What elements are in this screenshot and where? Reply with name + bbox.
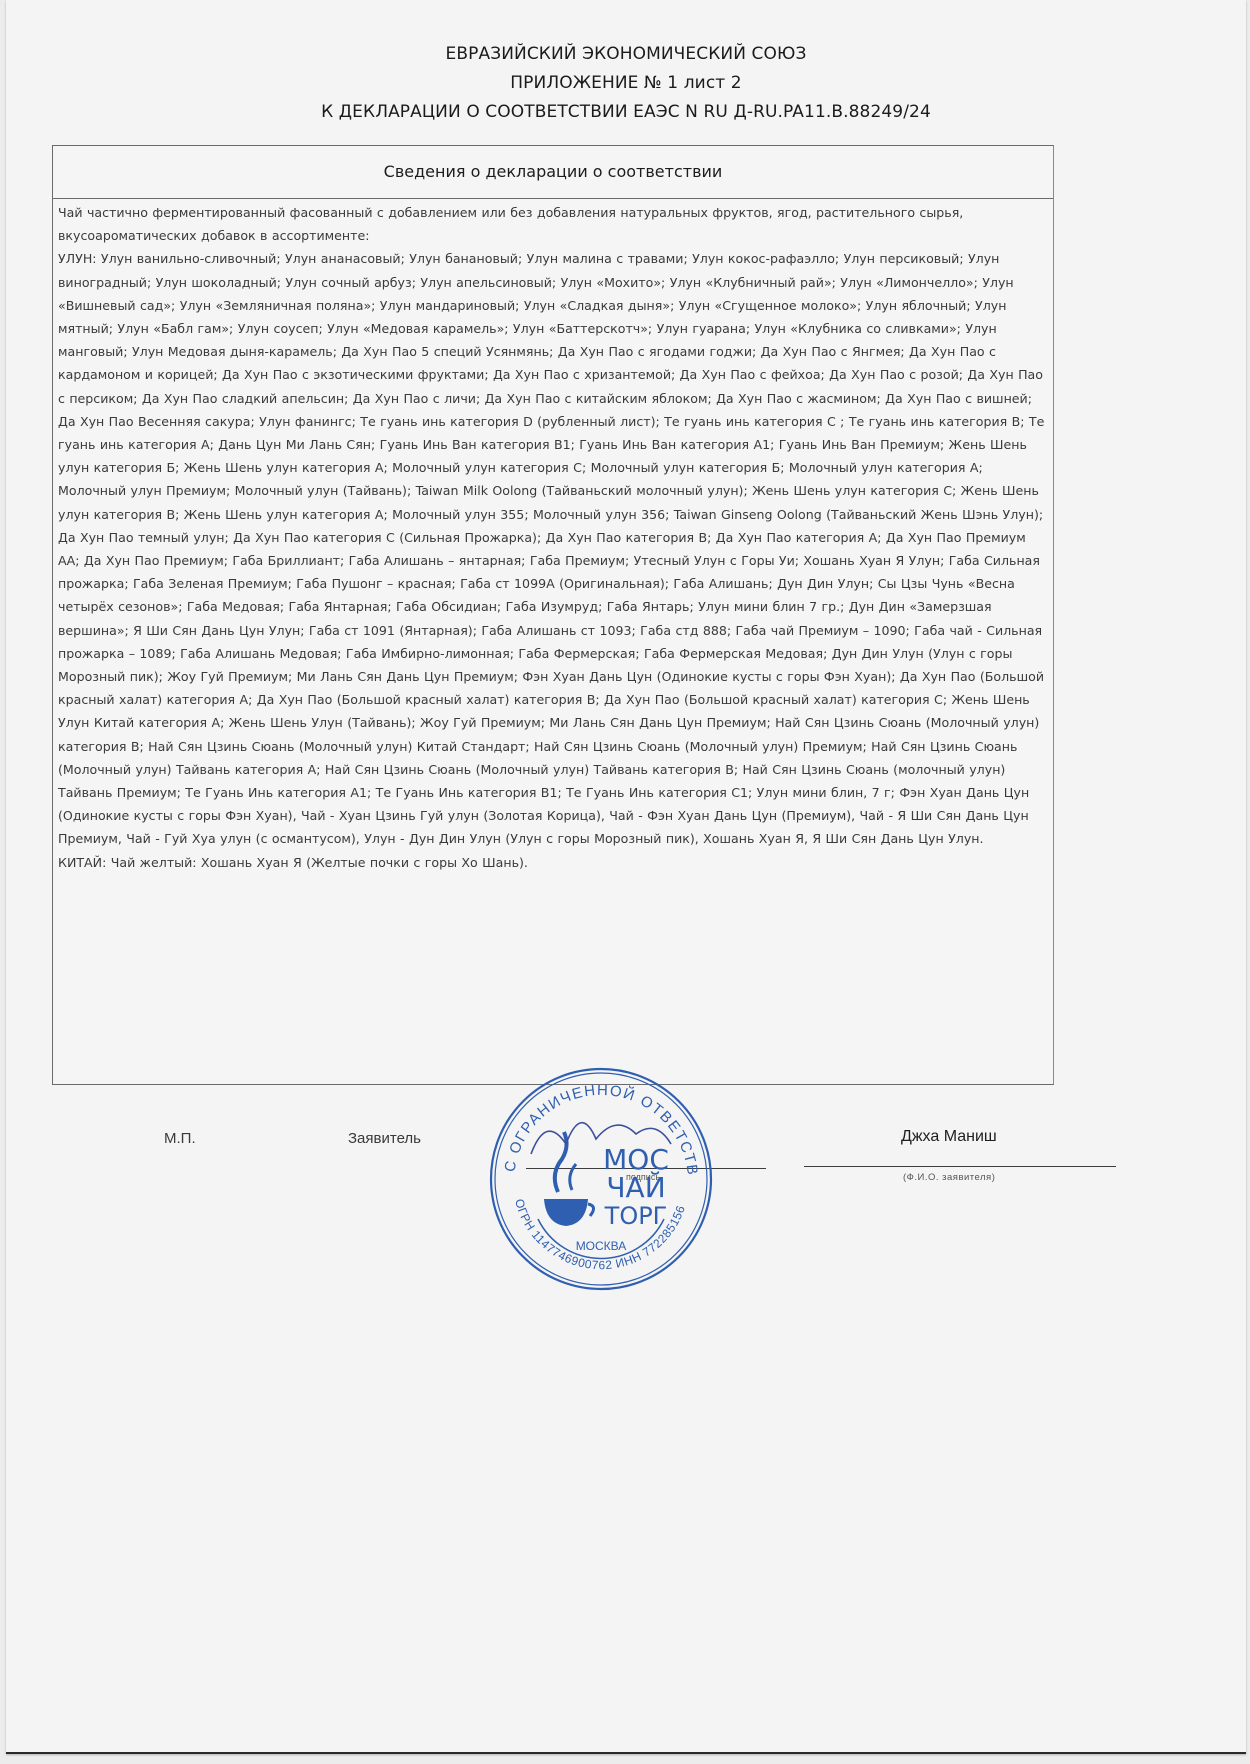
name-caption: (Ф.И.О. заявителя) — [903, 1172, 995, 1183]
applicant-label: Заявитель — [348, 1130, 421, 1147]
document-page: ЕВРАЗИЙСКИЙ ЭКОНОМИЧЕСКИЙ СОЮЗ ПРИЛОЖЕНИ… — [6, 0, 1246, 1754]
appendix-title: ПРИЛОЖЕНИЕ № 1 лист 2 — [6, 69, 1246, 98]
product-list: Чай частично ферментированный фасованный… — [53, 199, 1053, 874]
product-description: Чай частично ферментированный фасованный… — [58, 201, 1048, 247]
declaration-info-box: Сведения о декларации о соответствии Чай… — [52, 145, 1054, 1085]
company-stamp: ОБЩЕСТВО С ОГРАНИЧЕННОЙ ОТВЕТСТВЕННОСТЬЮ… — [486, 1064, 716, 1294]
stamp-logo-line-3: ТОРГ — [604, 1202, 668, 1230]
yellow-tea-assortment: КИТАЙ: Чай желтый: Хошань Хуан Я (Желтые… — [58, 851, 1048, 874]
seal-label: М.П. — [164, 1130, 196, 1147]
stamp-logo-line-2: ЧАЙ — [606, 1170, 665, 1204]
section-title: Сведения о декларации о соответствии — [53, 146, 1053, 199]
declaration-reference: К ДЕКЛАРАЦИИ О СООТВЕТСТВИИ ЕАЭС N RU Д-… — [6, 98, 1246, 127]
union-title: ЕВРАЗИЙСКИЙ ЭКОНОМИЧЕСКИЙ СОЮЗ — [6, 40, 1246, 69]
oolong-assortment: УЛУН: Улун ванильно-сливочный; Улун анан… — [58, 247, 1048, 850]
teacup-icon — [544, 1132, 594, 1226]
stamp-city: МОСКВА — [576, 1239, 627, 1253]
name-line — [804, 1166, 1116, 1167]
applicant-name: Джха Маниш — [901, 1128, 997, 1146]
document-header: ЕВРАЗИЙСКИЙ ЭКОНОМИЧЕСКИЙ СОЮЗ ПРИЛОЖЕНИ… — [6, 40, 1246, 127]
